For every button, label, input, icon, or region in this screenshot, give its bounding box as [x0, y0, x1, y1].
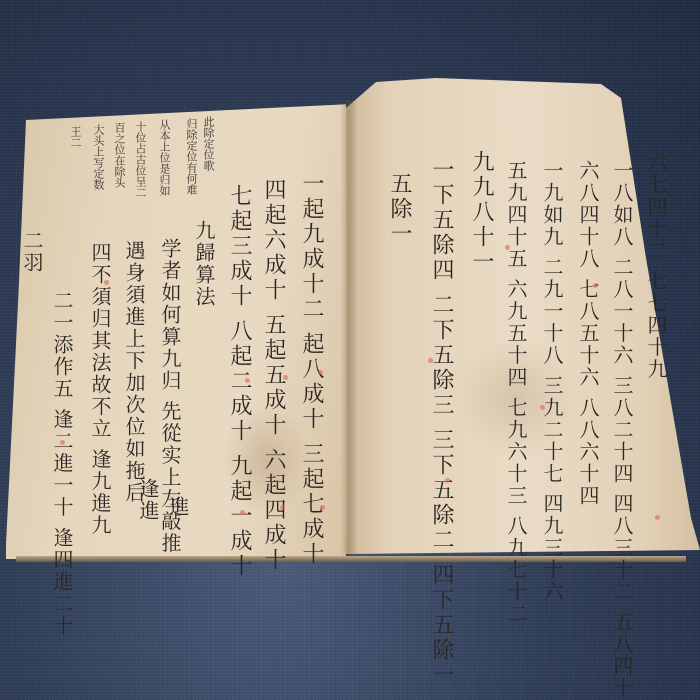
text-column: 二一添作五 逢二進一十 逢四進二十: [52, 290, 72, 637]
margin-note: 以: [680, 185, 691, 196]
red-mark: [240, 510, 245, 515]
multiplication-column: 六八四十八 七八五十六 八八六十四: [578, 160, 598, 507]
inserted-mark: 進: [168, 496, 188, 518]
rule-column: 四起六成十 五起五成十 六起四成十: [262, 178, 284, 573]
red-mark: [104, 280, 109, 285]
division-column: 一下五除四 二下五除三 三下五除二 四下五除一: [430, 158, 452, 688]
photo-scene: 此除定位歌 归除定位有何难 从本上位是归如 十位占古位呈二 百之位在除头 大头上…: [0, 0, 700, 700]
section-title: 九歸算法: [194, 220, 214, 308]
note-column: 从本上位是归如: [159, 119, 170, 196]
multiplication-column: 一八如八 二八一十六 三八二十四 四八三十二 五八四十: [612, 160, 632, 699]
red-mark: [593, 283, 598, 288]
note-column: 王二: [70, 126, 81, 148]
red-mark: [540, 405, 545, 410]
red-mark: [318, 370, 323, 375]
text-column: 二羽: [22, 230, 42, 274]
red-mark: [428, 358, 433, 363]
note-column: 此除定位歌: [203, 116, 214, 171]
red-mark: [245, 378, 250, 383]
multiplication-column: 一九如九 二九一十八 三九二十七 四九三十六: [542, 160, 562, 603]
red-mark: [655, 515, 660, 520]
inserted-mark: 逢進: [138, 478, 158, 522]
page-stack-edge: [16, 556, 686, 562]
note-column: 大头上写定数: [93, 124, 104, 190]
text-column: 遇身須進上下加次位如拖后: [124, 240, 144, 504]
note-column: 百之位在除头: [114, 122, 125, 188]
red-mark: [320, 505, 325, 510]
multiplication-column: 六七四十二 七七四十九: [646, 152, 666, 380]
note-column: 十位占古位呈二: [135, 121, 146, 198]
text-column: 四不須归其法故不立 逢九進九: [90, 242, 110, 536]
note-column: 归除定位有何难: [186, 118, 197, 195]
book-gutter: [340, 100, 358, 555]
open-book: 此除定位歌 归除定位有何难 从本上位是归如 十位占古位呈二 百之位在除头 大头上…: [0, 0, 700, 700]
division-column: 五除一: [388, 172, 410, 247]
red-mark: [60, 440, 65, 445]
multiplication-column: 九九八十一: [470, 150, 492, 275]
red-mark: [505, 245, 510, 250]
red-mark: [280, 505, 285, 510]
red-mark: [283, 375, 288, 380]
red-mark: [445, 478, 450, 483]
multiplication-column: 五九四十五 六九五十四 七九六十三 八九七十二: [506, 160, 526, 625]
